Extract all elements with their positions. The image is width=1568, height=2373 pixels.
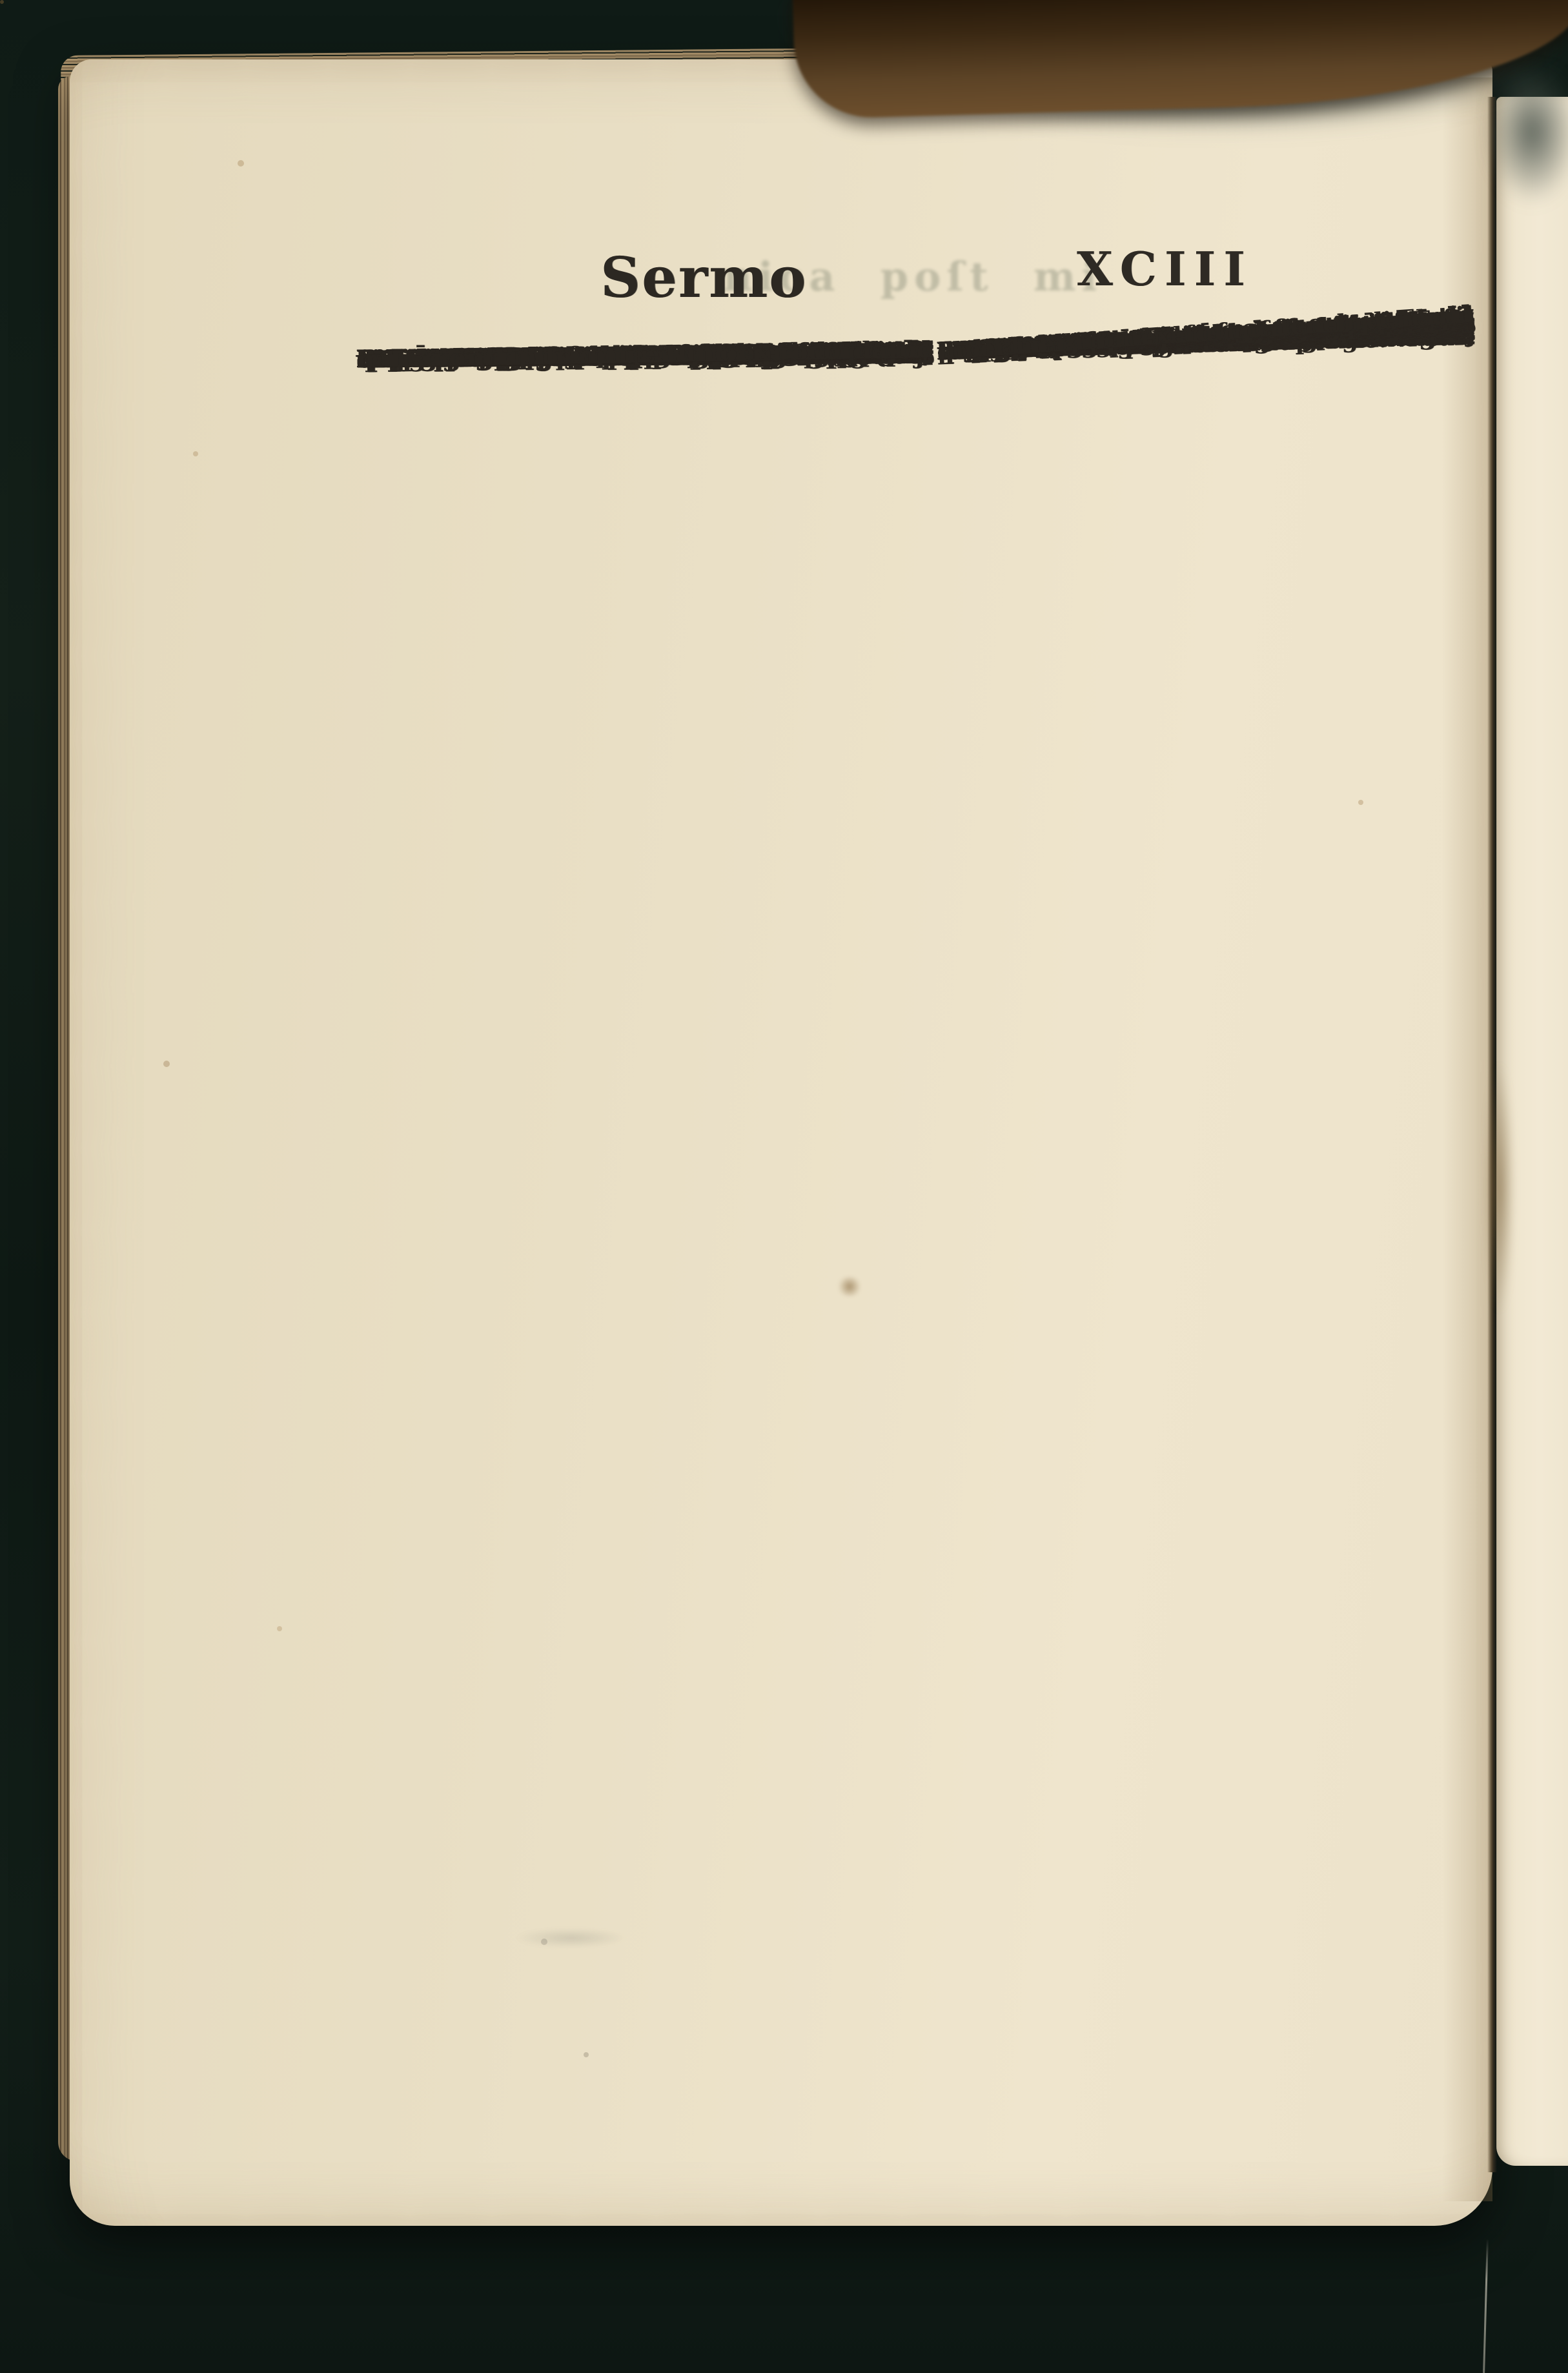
running-title: Sermo bbox=[600, 245, 808, 311]
book-photo: nica poſt mi Sermo XCIII ta a diabolo ga… bbox=[0, 0, 1568, 2373]
paper-freckles bbox=[0, 0, 4, 4]
ghost-text: nica poſt mi bbox=[723, 253, 1356, 300]
main-page bbox=[70, 59, 1492, 2226]
scratch-mark bbox=[1483, 2239, 1489, 2373]
smudge-mark bbox=[510, 1927, 633, 1949]
page-number: XCIII bbox=[1077, 241, 1253, 296]
page-curve-shadow bbox=[1472, 71, 1568, 245]
stain bbox=[1480, 1020, 1520, 1356]
stain bbox=[837, 1277, 862, 1296]
